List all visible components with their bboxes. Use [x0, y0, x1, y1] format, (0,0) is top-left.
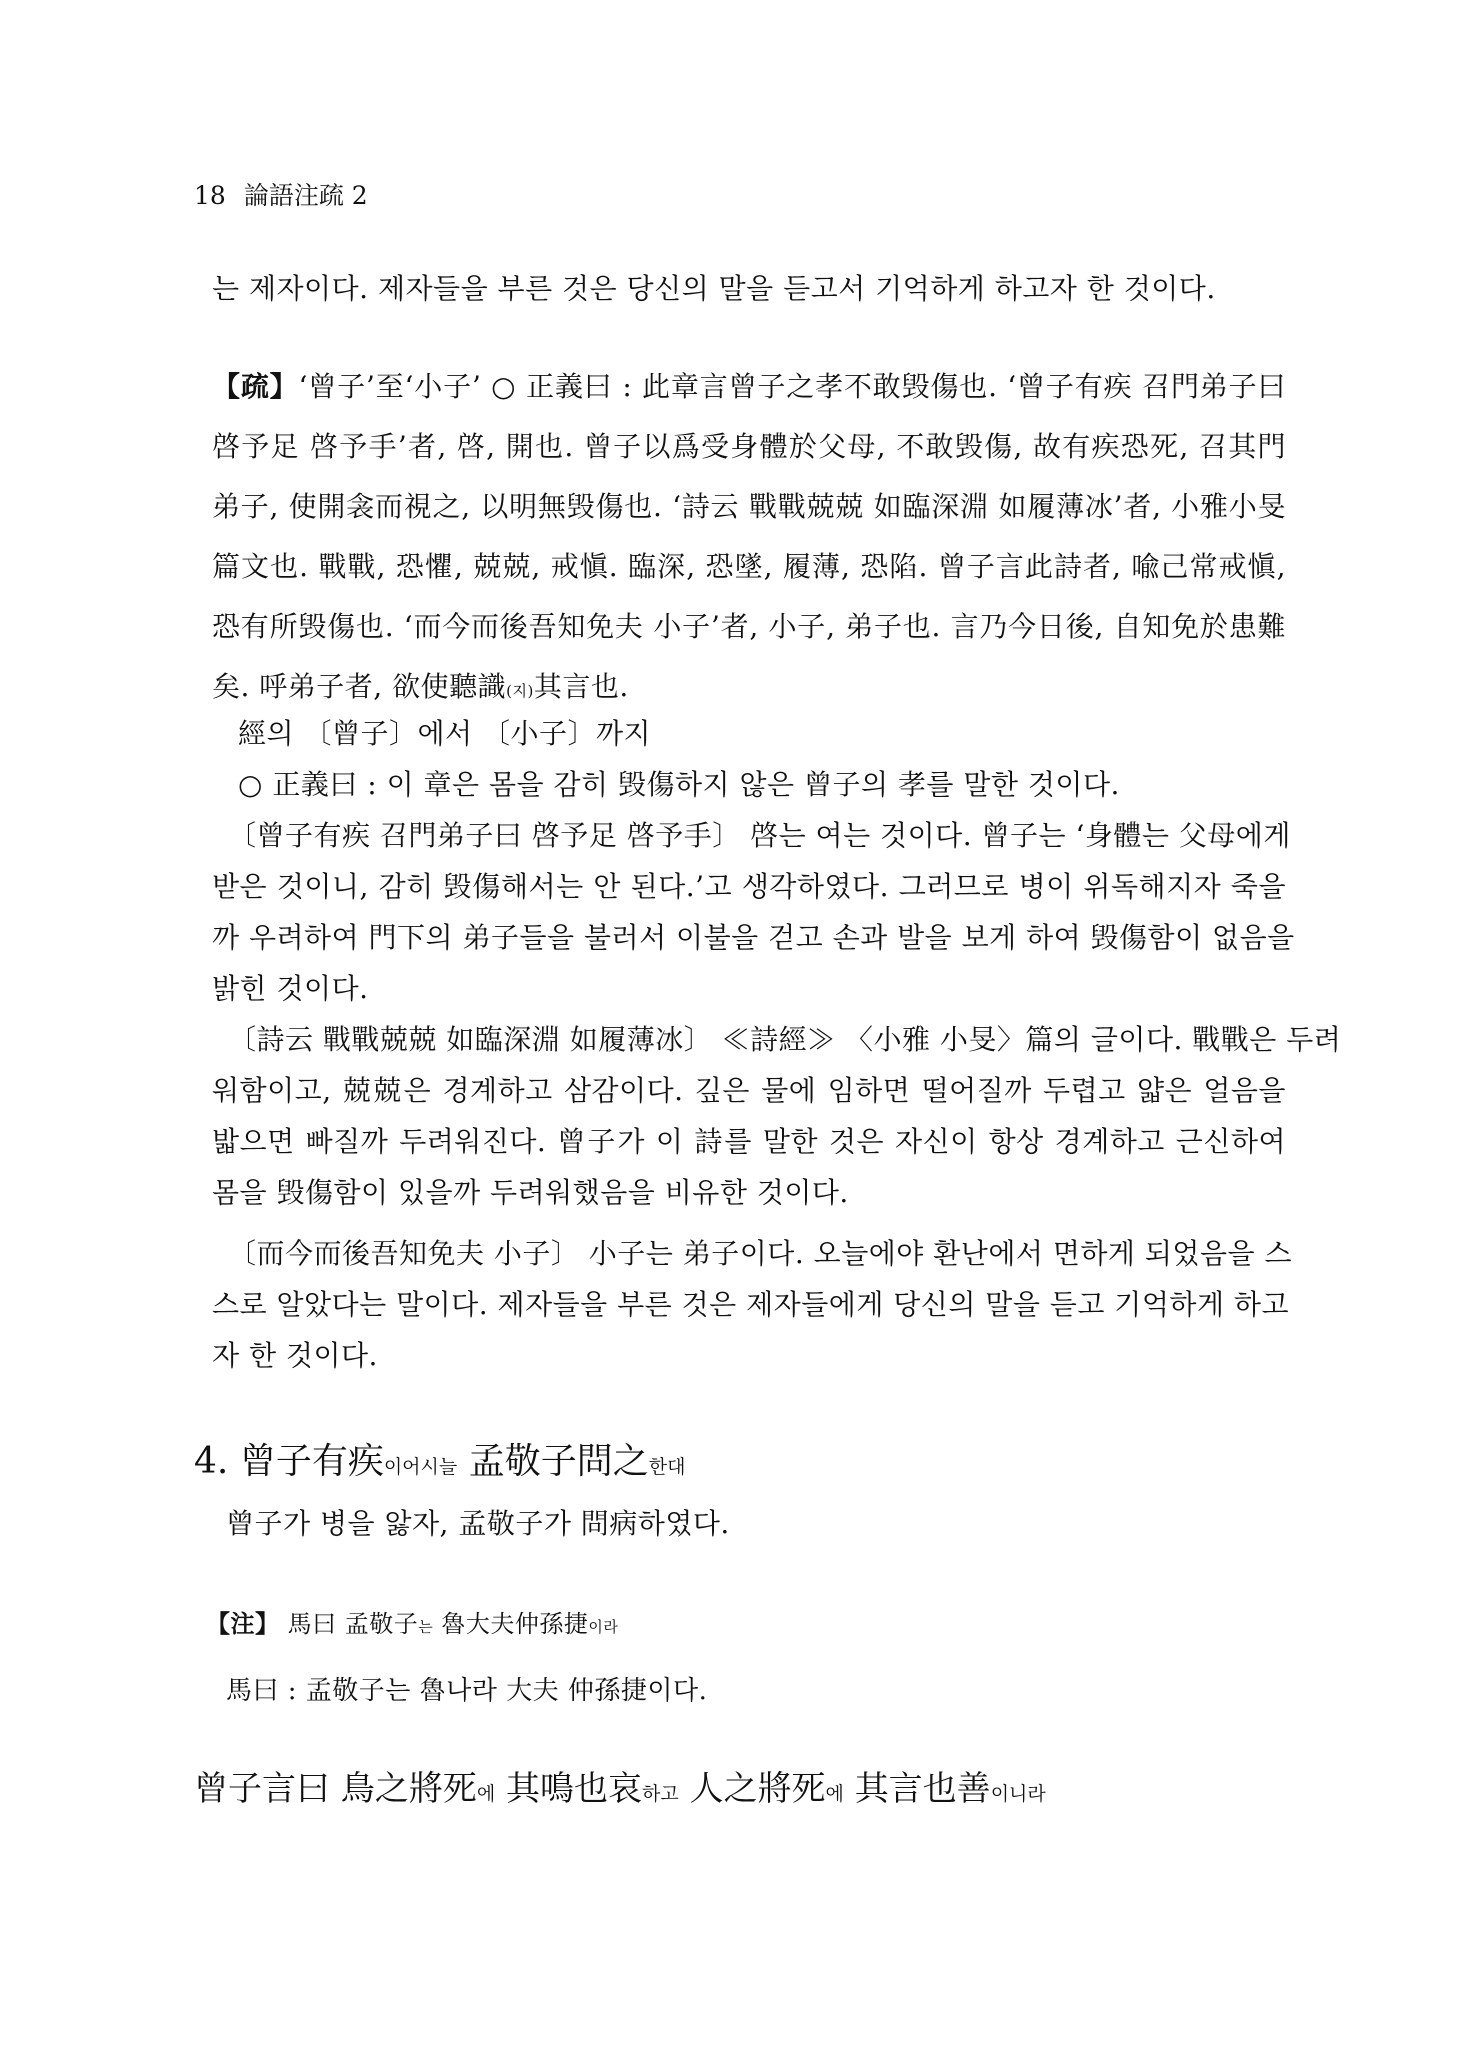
commentary-line-5: 恐有所毁傷也. ‘而今而後吾知免夫 小子’者, 小子, 弟子也. 言乃今日後, … — [212, 613, 1286, 641]
translation-line-12: 스로 알았다는 말이다. 제자들을 부른 것은 제자들에게 당신의 말을 듣고 … — [212, 1291, 1286, 1319]
translation-line-9: 밟으면 빠질까 두려워진다. 曾子가 이 詩를 말한 것은 자신이 항상 경계하… — [212, 1128, 1286, 1156]
page-number: 18 — [194, 181, 226, 210]
translation-line-7: 〔詩云 戰戰兢兢 如臨深淵 如履薄冰〕 ≪詩經≫ 〈小雅 小旻〉篇의 글이다. … — [228, 1026, 1286, 1054]
annotation-translation: 馬曰 : 孟敬子는 魯나라 大夫 仲孫捷이다. — [226, 1678, 707, 1704]
translation-end-line: 는 제자이다. 제자들을 부른 것은 당신의 말을 듣고서 기억하게 하고자 한… — [212, 275, 1216, 303]
reading-note: (지) — [506, 682, 534, 700]
translation-heading: 經의 〔曾子〕에서 〔小子〕까지 — [238, 720, 651, 748]
translation-line-5: 까 우려하여 門下의 弟子들을 불러서 이불을 걷고 손과 발을 보게 하여 毁… — [212, 924, 1286, 952]
translation-line-13: 자 한 것이다. — [212, 1342, 378, 1370]
classic-verse-line: 曾子言曰 鳥之將死에 其鳴也哀하고 人之將死에 其言也善이니라 — [194, 1772, 1046, 1806]
annotation-line: 【注】 馬曰 孟敬子는 魯大夫仲孫捷이라 — [206, 1612, 618, 1636]
translation-line-2: ○ 正義曰 : 이 章은 몸을 감히 毁傷하지 않은 曾子의 孝를 말한 것이다… — [238, 771, 1120, 799]
translation-line-6: 밝힌 것이다. — [212, 975, 369, 1003]
section-number: 4. — [194, 1441, 228, 1482]
translation-line-4: 받은 것이니, 감히 毁傷해서는 안 된다.’고 생각하였다. 그러므로 병이 … — [212, 873, 1286, 901]
commentary-tag: 【疏】 — [212, 370, 299, 403]
translation-line-3: 〔曾子有疾 召門弟子曰 啓予足 啓予手〕 啓는 여는 것이다. 曾子는 ‘身體는… — [228, 822, 1286, 850]
commentary-line-1: 【疏】‘曾子’至‘小子’ ○ 正義曰 : 此章言曾子之孝不敢毁傷也. ‘曾子有疾… — [212, 373, 1286, 401]
commentary-line-4: 篇文也. 戰戰, 恐懼, 兢兢, 戒愼. 臨深, 恐墜, 履薄, 恐陷. 曾子言… — [212, 553, 1286, 581]
commentary-line-3: 弟子, 使開衾而視之, 以明無毁傷也. ‘詩云 戰戰兢兢 如臨深淵 如履薄冰’者… — [212, 493, 1286, 521]
book-title: 論語注疏 2 — [244, 181, 368, 210]
commentary-line-2: 啓予足 啓予手’者, 啓, 開也. 曾子以爲受身體於父母, 不敢毁傷, 故有疾恐… — [212, 433, 1286, 461]
translation-line-11: 〔而今而後吾知免夫 小子〕 小子는 弟子이다. 오늘에야 환난에서 면하게 되었… — [228, 1240, 1286, 1268]
translation-line-10: 몸을 毁傷함이 있을까 두려워했음을 비유한 것이다. — [212, 1179, 849, 1207]
section-translation: 曾子가 병을 앓자, 孟敬子가 問病하였다. — [226, 1510, 730, 1538]
commentary-line-6: 矣. 呼弟子者, 欲使聽識(지)其言也. — [212, 673, 629, 701]
page-header: 18論語注疏 2 — [194, 183, 368, 208]
annotation-tag: 【注】 — [206, 1609, 280, 1638]
translation-line-8: 워함이고, 兢兢은 경계하고 삼감이다. 깊은 물에 임하면 떨어질까 두렵고 … — [212, 1077, 1286, 1105]
section-heading: 4. 曾子有疾이어시늘 孟敬子問之한대 — [194, 1444, 685, 1480]
